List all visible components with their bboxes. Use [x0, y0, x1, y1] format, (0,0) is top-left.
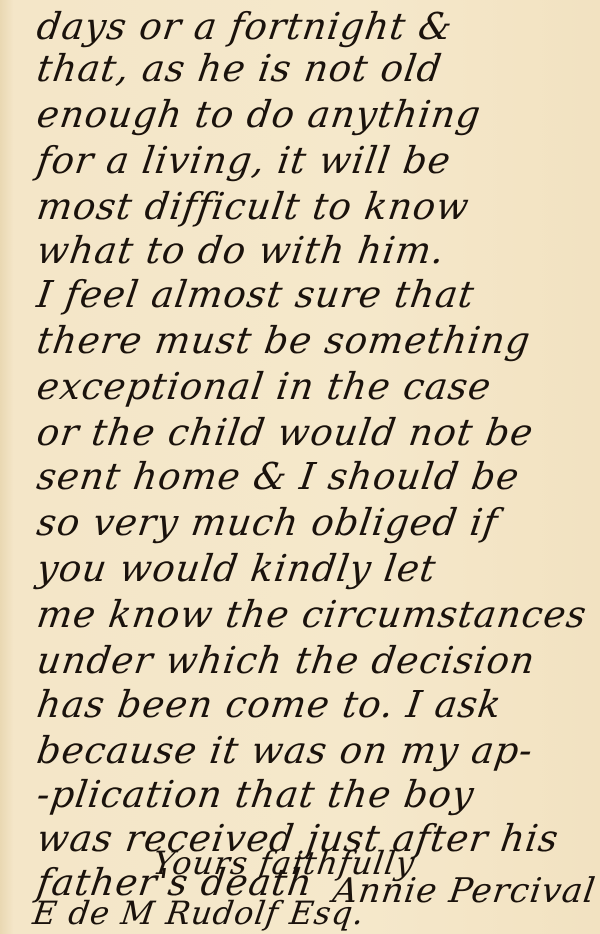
letter-line: you would kindly let [34, 546, 439, 592]
letter-line: enough to do anything [34, 92, 484, 138]
letter-line: that, as he is not old [34, 46, 445, 92]
letter-line: has been come to. I ask [34, 682, 505, 728]
letter-line: under which the decision [34, 638, 538, 684]
addressee: E de M Rudolf Esq. [30, 890, 368, 934]
letter-line: most difficult to know [34, 184, 472, 230]
letter-line: me know the circumstances [34, 592, 590, 638]
letter-page: days or a fortnight & that, as he is not… [0, 0, 600, 934]
letter-line: for a living, it will be [34, 138, 454, 184]
letter-line: sent home & I should be [34, 454, 523, 500]
letter-line: or the child would not be [34, 410, 537, 456]
letter-line: I feel almost sure that [34, 272, 478, 318]
letter-line: so very much obliged if [34, 500, 501, 546]
signature: Annie Percival [330, 868, 599, 914]
letter-line: exceptional in the case [34, 364, 494, 410]
letter-line: what to do with him. [34, 228, 448, 274]
letter-line: -plication that the boy [34, 772, 477, 818]
letter-line: days or a fortnight & [34, 4, 456, 50]
letter-line: there must be something [34, 318, 534, 364]
letter-line: because it was on my ap- [34, 728, 536, 774]
